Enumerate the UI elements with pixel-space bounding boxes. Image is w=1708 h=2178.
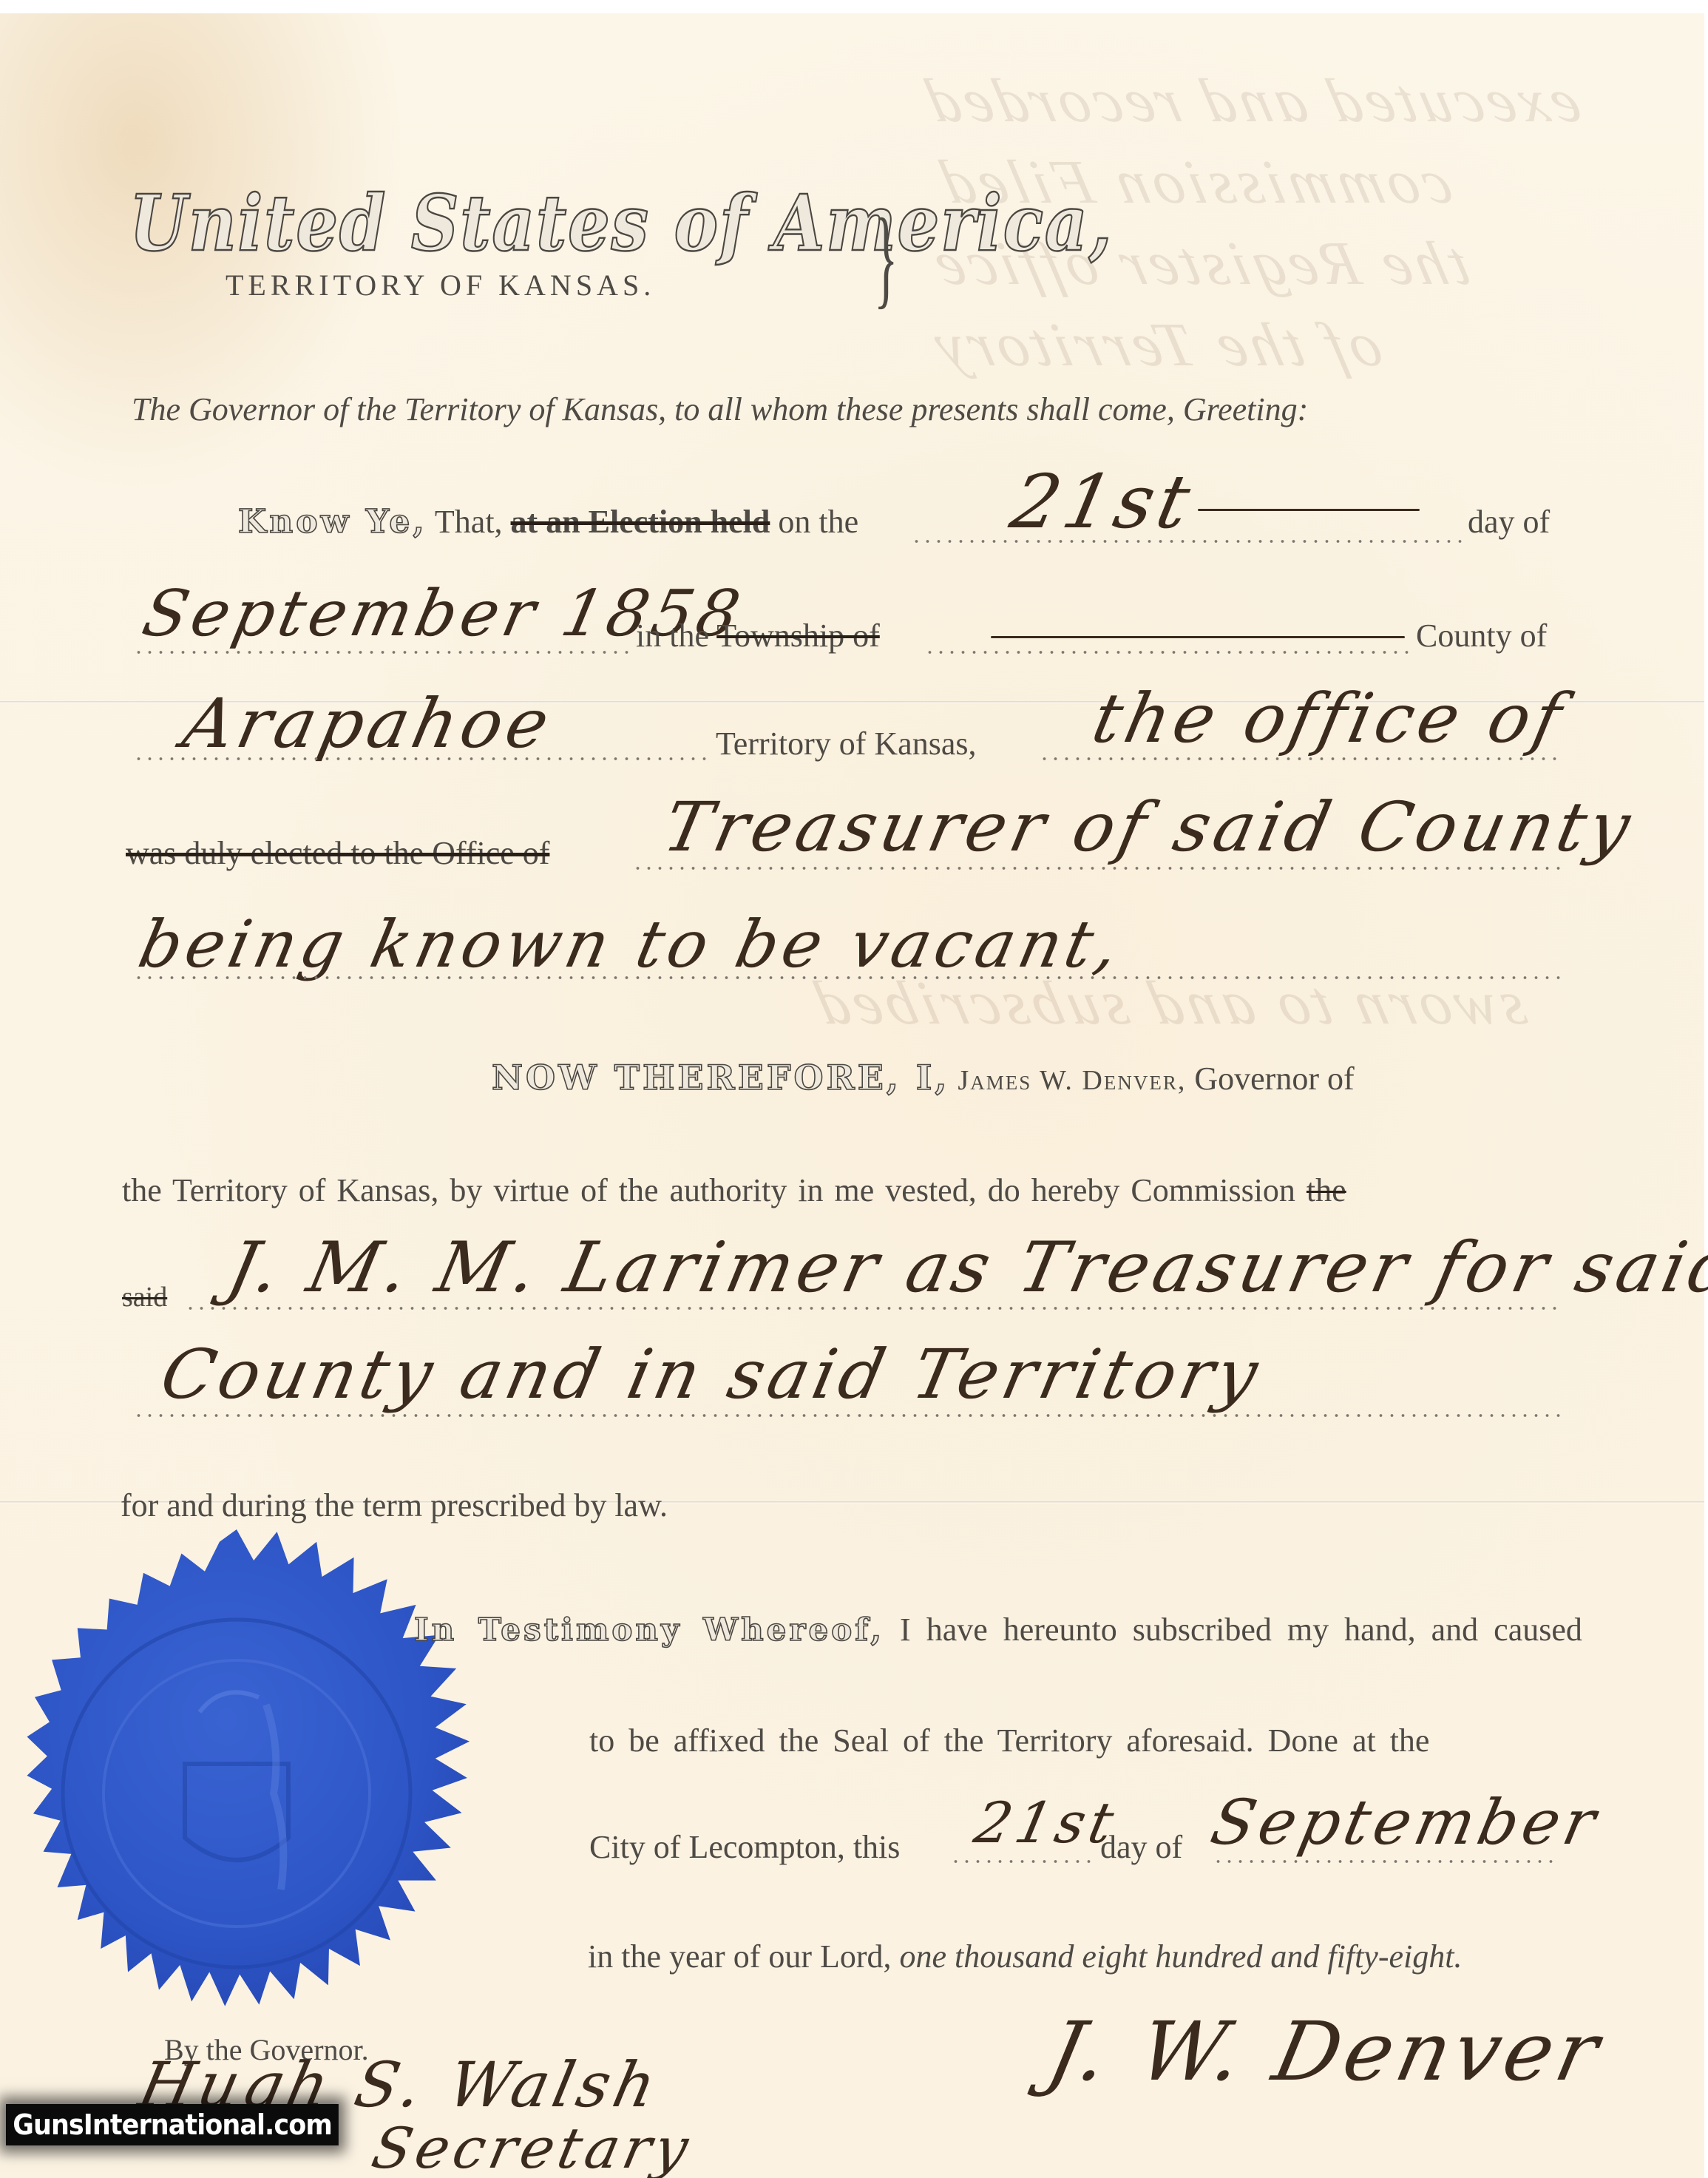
on-the-text: on the (778, 504, 858, 540)
struck-elected-text: was duly elected to the Office of (126, 834, 549, 872)
now-therefore-text: NOW THEREFORE, I, (492, 1058, 949, 1098)
know-ye-that: That, (435, 504, 503, 540)
in-the-label: in the (636, 618, 709, 654)
year-line: in the year of our Lord, one thousand ei… (588, 1938, 1462, 1975)
dotted-fill-line (1213, 1860, 1560, 1863)
governor-name: James W. Denver, (958, 1065, 1186, 1096)
handwritten-appointee-cont: County and in said Territory (155, 1335, 1269, 1414)
know-ye-prefix: Know Ye, (238, 503, 427, 541)
in-the-text: in the Township of (636, 617, 880, 655)
dotted-fill-line (632, 867, 1564, 870)
brace-glyph: } (874, 194, 898, 321)
county-of-text: County of (1416, 617, 1547, 655)
territory-of-kansas-text: Territory of Kansas, (716, 725, 976, 762)
testimony-line-1: In Testimony Whereof, I have hereunto su… (414, 1611, 1582, 1648)
dotted-fill-line (133, 1414, 1564, 1417)
handwritten-testimony-month: September (1205, 1786, 1607, 1859)
struck-election-text: at an Election held (511, 504, 770, 540)
handwritten-county: Arapahoe (177, 684, 560, 763)
watermark-logo: GunsInternational.com (6, 2104, 339, 2145)
know-ye-line: Know Ye, That, at an Election held on th… (238, 503, 858, 541)
testimony-text-1: I have hereunto subscribed my hand, and … (900, 1611, 1582, 1648)
dotted-fill-line (133, 976, 1564, 979)
struck-the-text: the (1307, 1172, 1346, 1208)
territorial-seal-icon (0, 1527, 503, 2060)
handwritten-appointee: J. M. M. Larimer as Treasurer for said (220, 1228, 1708, 1308)
term-line: for and during the term prescribed by la… (121, 1487, 668, 1524)
authority-text: the Territory of Kansas, by virtue of th… (122, 1172, 1295, 1208)
governor-signature: J. W. Denver (1040, 2004, 1610, 2099)
handwritten-vacancy: being known to be vacant, (132, 906, 1130, 982)
governor-of-text: Governor of (1194, 1061, 1354, 1097)
day-of-text: day of (1468, 503, 1550, 541)
secretary-title-signature: Secretary (367, 2115, 699, 2178)
dotted-fill-line (911, 540, 1462, 543)
testimony-lead: In Testimony Whereof, (414, 1611, 884, 1648)
now-therefore-line: NOW THEREFORE, I, James W. Denver, Gover… (492, 1058, 1355, 1098)
testimony-line-2: to be affixed the Seal of the Territory … (589, 1722, 1429, 1759)
document-title: United States of America, (129, 177, 1113, 268)
struck-township-text: Township of (716, 618, 880, 654)
handwritten-office-intro: the office of (1086, 679, 1573, 758)
bleed-through-text: of the Territory (923, 309, 1389, 381)
handwritten-day: 21st (1004, 459, 1202, 545)
dotted-fill-line (133, 651, 636, 654)
authority-line: the Territory of Kansas, by virtue of th… (122, 1171, 1346, 1209)
dotted-fill-line (924, 651, 1412, 654)
city-line: City of Lecompton, this (589, 1828, 900, 1866)
bleed-through-text: executed and recorded (915, 65, 1587, 137)
year-prefix: in the year of our Lord, (588, 1938, 892, 1975)
document-subtitle: TERRITORY OF KANSAS. (226, 268, 655, 302)
dotted-fill-line (950, 1860, 1094, 1863)
ink-flourish (1198, 509, 1420, 511)
ink-dash (991, 636, 1405, 638)
year-text: one thousand eight hundred and fifty-eig… (900, 1938, 1463, 1975)
testimony-day-of: day of (1100, 1828, 1182, 1866)
greeting-line: The Governor of the Territory of Kansas,… (132, 390, 1308, 428)
handwritten-office: Treasurer of said County (657, 788, 1641, 867)
dotted-fill-line (133, 757, 710, 760)
struck-said-text: said (122, 1281, 167, 1313)
city-prefix: City of Lecompton, this (589, 1829, 900, 1865)
